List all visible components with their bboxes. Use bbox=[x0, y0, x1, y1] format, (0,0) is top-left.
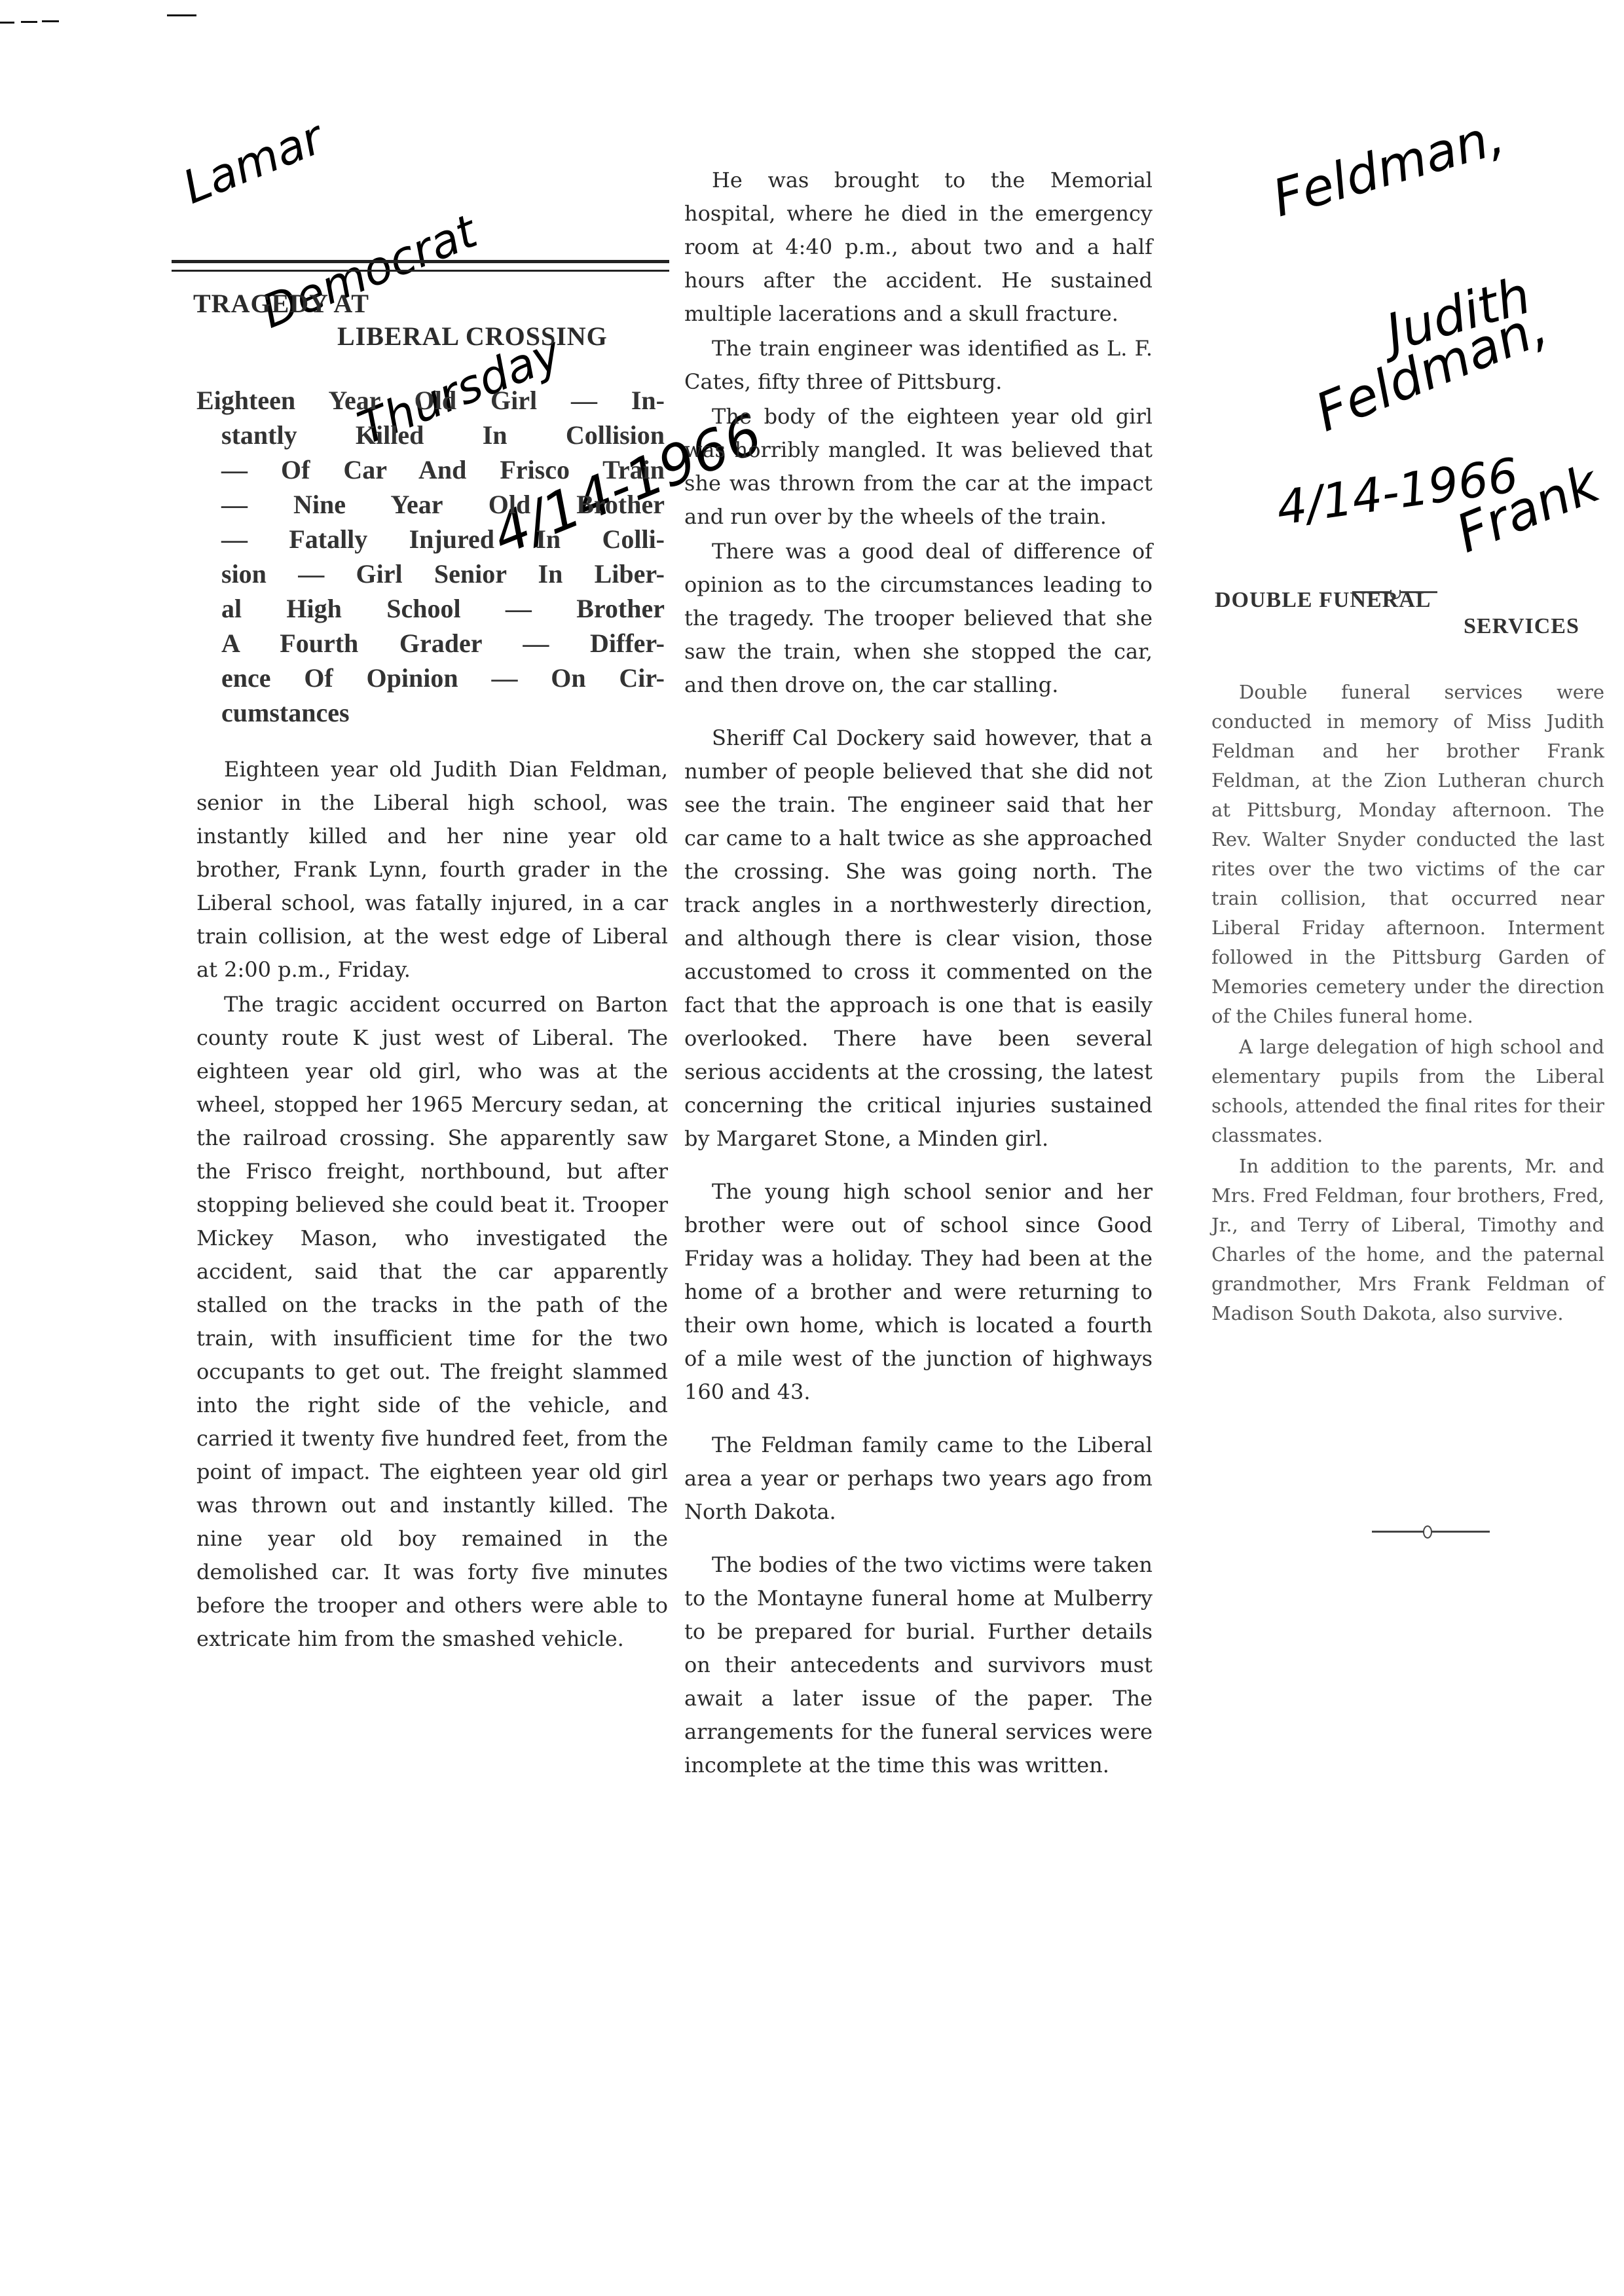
article-column-middle: He was brought to the Memorial hospital,… bbox=[684, 164, 1153, 1782]
funeral-headline-line-1: DOUBLE FUNERAL bbox=[1215, 588, 1431, 613]
article-paragraph: Double funeral services were conducted i… bbox=[1211, 678, 1604, 1031]
deck-line: — Nine Year Old Brother bbox=[196, 487, 665, 522]
deck-line: — Fatally Injured In Colli- bbox=[196, 522, 665, 556]
handwritten-line: Feldman, bbox=[1308, 299, 1555, 441]
subheadline-deck: Eighteen Year Old Girl — In- stantly Kil… bbox=[196, 383, 665, 730]
deck-line: — Of Car And Frisco Train bbox=[196, 452, 665, 487]
headline-rule bbox=[172, 260, 669, 278]
article-paragraph: A large delegation of high school and el… bbox=[1211, 1032, 1604, 1150]
article-column-left: Eighteen year old Judith Dian Feldman, s… bbox=[196, 753, 668, 1656]
headline-line-1: TRAGEDY AT bbox=[193, 288, 369, 319]
article-paragraph: The tragic accident occurred on Barton c… bbox=[196, 988, 668, 1656]
deck-line: Eighteen Year Old Girl — In- bbox=[196, 383, 665, 418]
article-paragraph: There was a good deal of difference of o… bbox=[684, 535, 1153, 702]
scan-artifact-line bbox=[0, 18, 203, 22]
deck-line: ence Of Opinion — On Cir- bbox=[196, 661, 665, 695]
article-paragraph: The bodies of the two victims were taken… bbox=[684, 1548, 1153, 1782]
deck-line: A Fourth Grader — Differ- bbox=[196, 626, 665, 661]
article-paragraph: In addition to the parents, Mr. and Mrs.… bbox=[1211, 1152, 1604, 1328]
deck-line: stantly Killed In Collision bbox=[196, 418, 665, 452]
article-paragraph: He was brought to the Memorial hospital,… bbox=[684, 164, 1153, 331]
end-divider bbox=[1372, 1531, 1490, 1533]
article-paragraph: The body of the eighteen year old girl w… bbox=[684, 400, 1153, 534]
article-paragraph: The train engineer was identified as L. … bbox=[684, 332, 1153, 399]
headline-line-2: LIBERAL CROSSING bbox=[337, 321, 608, 352]
article-paragraph: The Feldman family came to the Liberal a… bbox=[684, 1429, 1153, 1529]
article-paragraph: Eighteen year old Judith Dian Feldman, s… bbox=[196, 753, 668, 987]
deck-line: sion — Girl Senior In Liber- bbox=[196, 556, 665, 591]
article-paragraph: The young high school senior and her bro… bbox=[684, 1175, 1153, 1409]
deck-line: al High School — Brother bbox=[196, 591, 665, 626]
funeral-headline-line-2: SERVICES bbox=[1464, 614, 1579, 639]
deck-line: cumstances bbox=[196, 695, 665, 730]
article-paragraph: Sheriff Cal Dockery said however, that a… bbox=[684, 721, 1153, 1156]
funeral-article-column: Double funeral services were conducted i… bbox=[1211, 678, 1604, 1328]
